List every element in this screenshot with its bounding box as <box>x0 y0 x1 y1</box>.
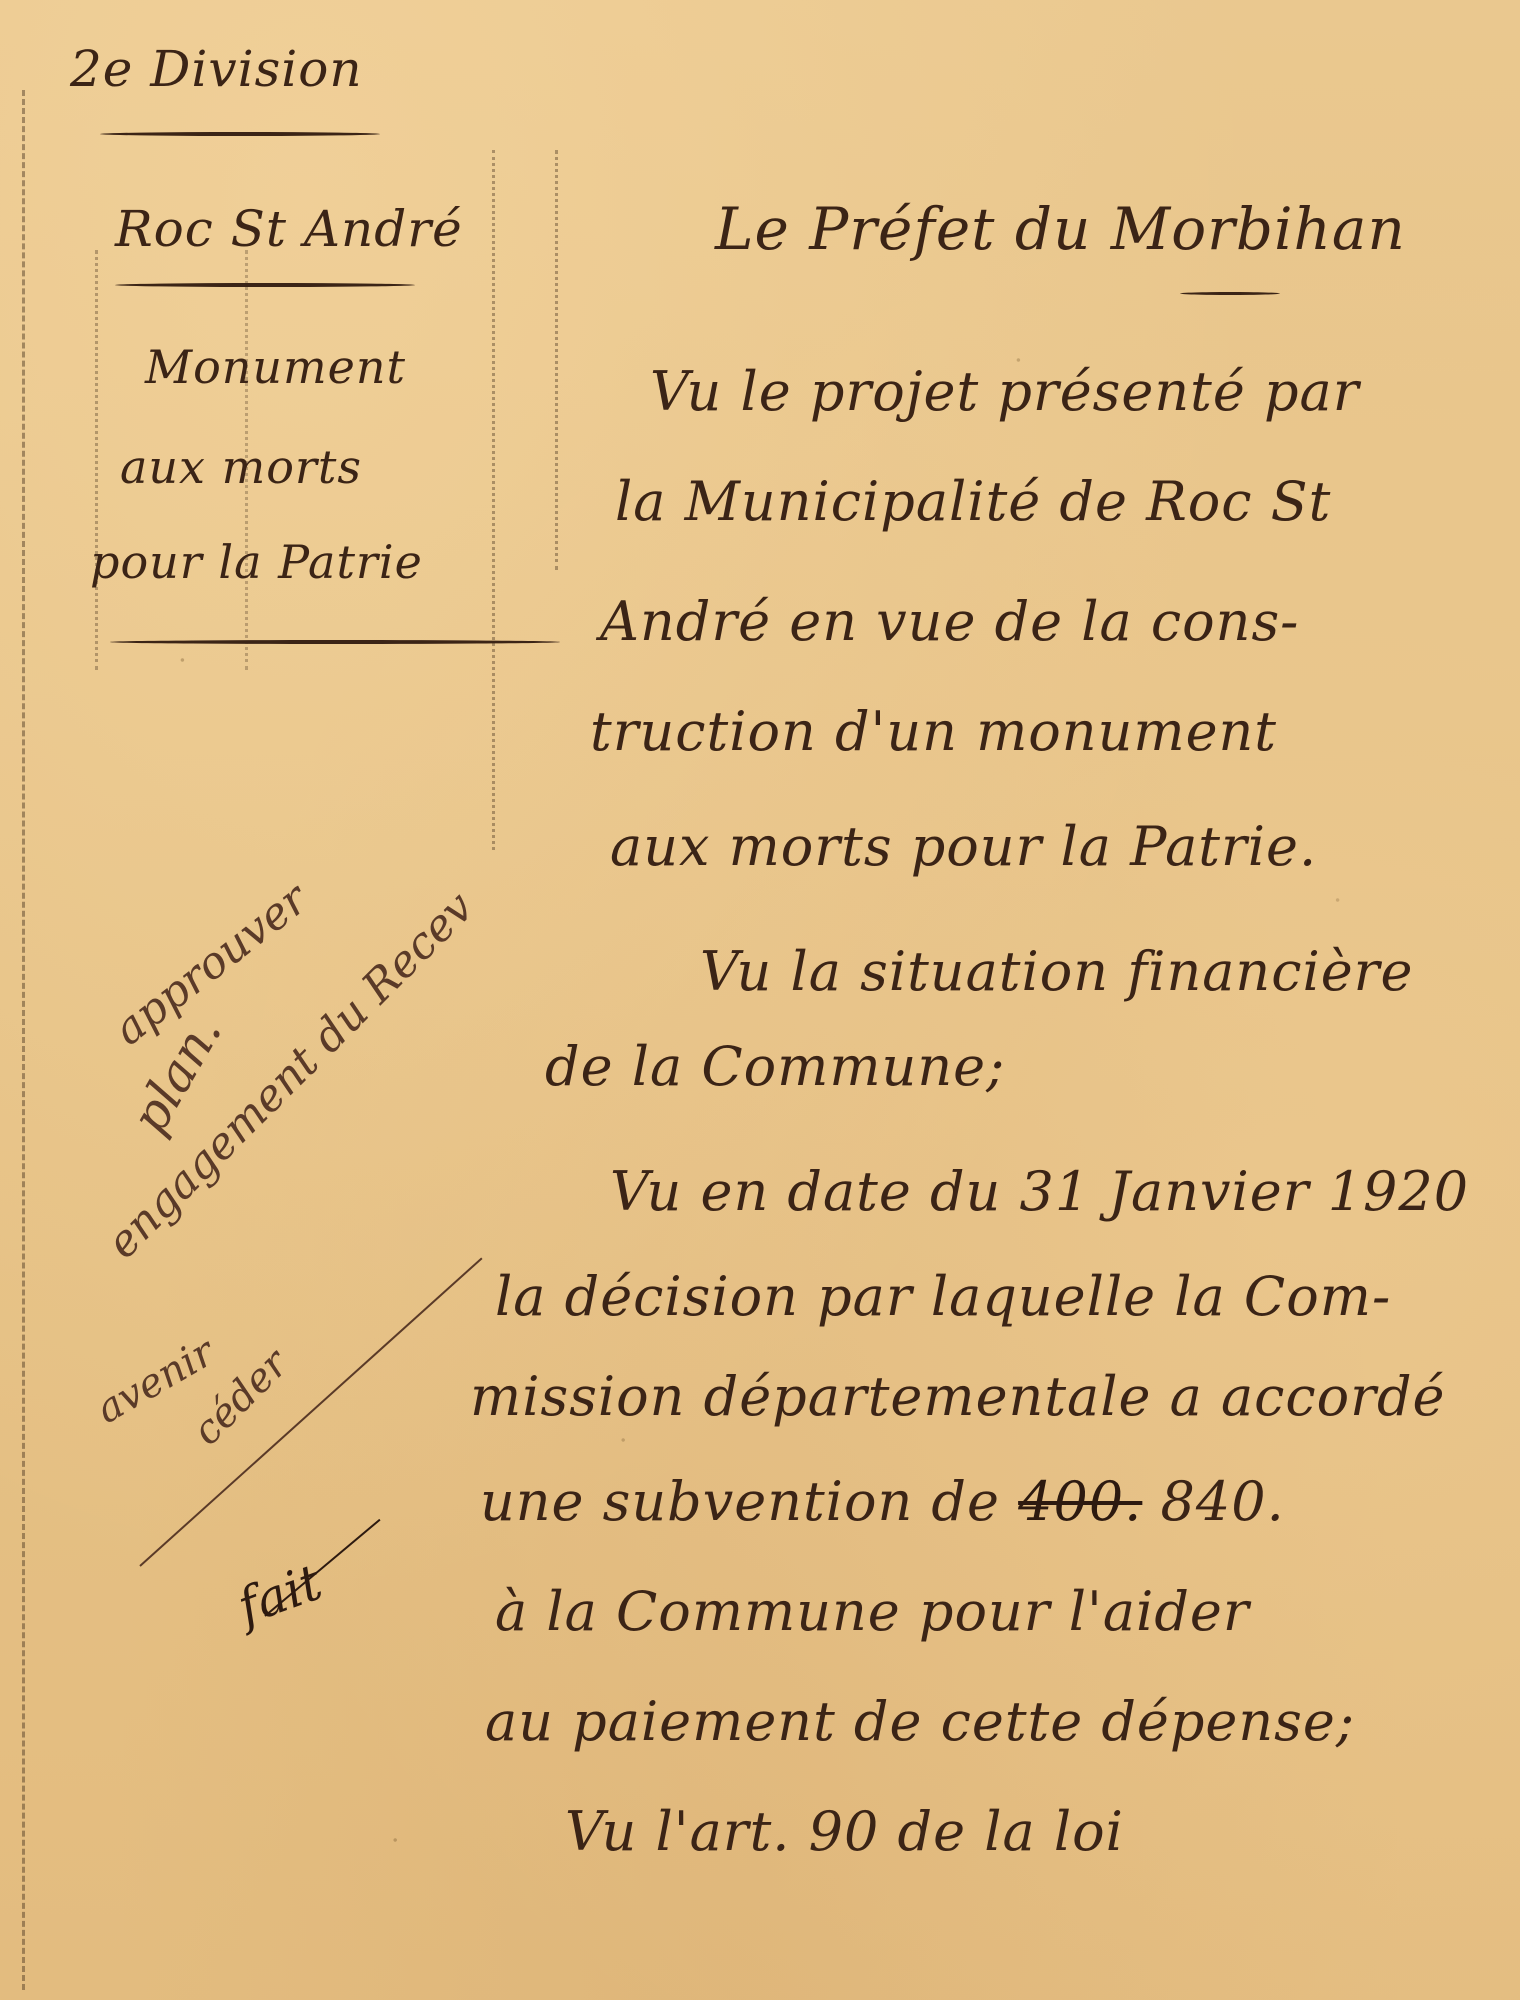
body-line-6: Vu la situation financière <box>700 940 1413 1003</box>
dotted-guide-line <box>555 150 558 570</box>
body-line-12: à la Commune pour l'aider <box>495 1580 1250 1643</box>
subject-line-3: pour la Patrie <box>90 535 423 589</box>
struck-amount: 400. <box>1018 1470 1142 1533</box>
body-line-3: André en vue de la cons- <box>600 590 1299 653</box>
body-line-9: la décision par laquelle la Com- <box>495 1265 1391 1328</box>
subject-line-1: Monument <box>145 340 406 394</box>
body-line-10: mission départementale a accordé <box>470 1365 1446 1428</box>
subsidy-prefix: une subvention de <box>480 1470 1000 1533</box>
divider-rule <box>110 640 560 644</box>
body-line-13: au paiement de cette dépense; <box>485 1690 1355 1753</box>
done-mark: fait <box>230 1553 329 1636</box>
heading-flourish <box>1180 292 1280 295</box>
document-page: 2e Division Roc St André Monument aux mo… <box>0 0 1520 2000</box>
body-line-11: une subvention de 400. 840. <box>480 1470 1285 1533</box>
body-line-14: Vu l'art. 90 de la loi <box>565 1800 1124 1863</box>
body-line-1: Vu le projet présenté par <box>650 360 1360 423</box>
body-line-7: de la Commune; <box>545 1035 1005 1098</box>
dotted-guide-line <box>22 90 25 1990</box>
division-label: 2e Division <box>70 40 363 98</box>
divider-rule <box>100 132 380 136</box>
divider-rule <box>115 283 415 287</box>
commune-label: Roc St André <box>115 200 463 258</box>
body-line-5: aux morts pour la Patrie. <box>610 815 1317 878</box>
cross-out-stroke <box>139 1257 482 1566</box>
dotted-guide-line <box>95 250 98 670</box>
subsidy-amount: 840. <box>1161 1470 1285 1533</box>
decree-heading: Le Préfet du Morbihan <box>715 195 1406 263</box>
body-line-8: Vu en date du 31 Janvier 1920 <box>610 1160 1469 1223</box>
body-line-4: truction d'un monument <box>590 700 1277 763</box>
body-line-2: la Municipalité de Roc St <box>615 470 1331 533</box>
dotted-guide-line <box>492 150 495 850</box>
subject-line-2: aux morts <box>120 440 362 494</box>
